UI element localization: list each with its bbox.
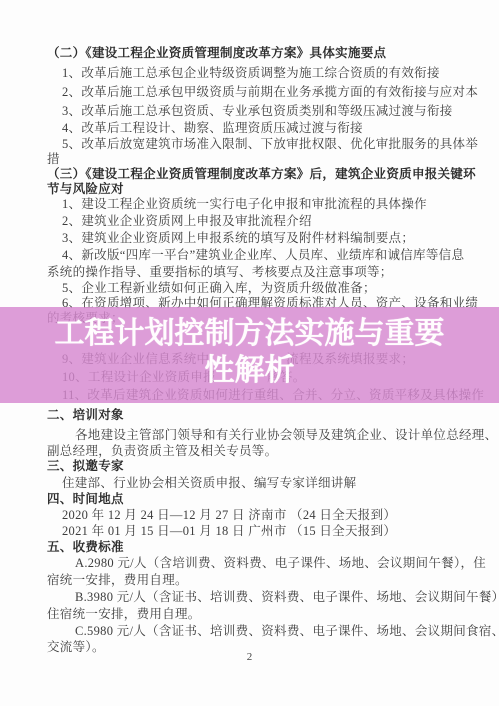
doc-line: 副总经理，负责资质主管及相关专员等。 (47, 444, 277, 459)
doc-line: 住宿统一安排，费用自理。 (47, 607, 201, 622)
doc-line: 二、培训对象 (47, 408, 124, 423)
overlay-title-line1: 工程计划控制方法实施与重要 (0, 315, 499, 352)
page-number: 2 (0, 651, 499, 663)
doc-line: （二）《建设工程企业资质管理制度改革方案》具体实施要点 (47, 46, 386, 61)
doc-line: A.2980 元/人（含培训费、资料费、电子课件、场地、会议期间午餐），住 (75, 556, 486, 571)
doc-line: 4、新改版“四库一平台”建筑业企业库、人员库、业绩库和诚信库等信息 (62, 248, 464, 263)
doc-line: 系统的操作指导、重要指标的填写、考核要点及注意事项等； (47, 265, 393, 280)
doc-line: 四、时间地点 (47, 492, 124, 507)
doc-line: （三）《建设工程企业资质管理制度改革方案》后，建筑企业资质申报关键环 (47, 167, 476, 182)
doc-line: 宿统一安排，费用自理。 (47, 573, 188, 588)
doc-line: 5、企业工程新业绩如何正确入库，为资质升级做准备； (62, 281, 376, 296)
doc-line: 1、改革后施工总承包企业特级资质调整为施工综合资质的有效衔接 (62, 66, 440, 81)
doc-line: 4、改革后工程设计、勘察、监理资质压减过渡与衔接 (62, 121, 363, 136)
overlay-title-line2: 性解析 (0, 352, 499, 389)
document-page: （二）《建设工程企业资质管理制度改革方案》具体实施要点1、改革后施工总承包企业特… (0, 0, 499, 706)
doc-line: 节与风险应对 (47, 182, 124, 197)
doc-line: C.5980 元/人（含证书、培训费、资料费、电子课件、场地、会议期间食宿、 (75, 624, 499, 639)
doc-line: 2、改革后施工总承包甲级资质与前期在业务承揽方面的有效衔接与应对本 (62, 85, 478, 100)
doc-line: 各地建设主管部门领导和有关行业协会领导及建筑企业、设计单位总经理、 (75, 428, 497, 443)
doc-line: 1、建设工程企业资质统一实行电子化申报和审批流程的具体操作 (62, 197, 427, 212)
doc-line: 三、拟邀专家 (47, 459, 124, 474)
doc-line: 2020 年 12 月 24 日—12 月 27 日 济南市 （24 日全天报到… (62, 508, 396, 523)
overlay-title: 工程计划控制方法实施与重要 性解析 (0, 315, 499, 389)
doc-line: 措 (47, 152, 60, 167)
doc-line: 3、改革后施工总承包资质、专业承包资质类别和等级压减过渡与衔接 (62, 104, 453, 119)
doc-line: 2、建筑业企业资质网上申报及审批流程介绍 (62, 214, 312, 229)
doc-line: 五、收费标准 (47, 540, 124, 555)
doc-line: 住建部、行业协会相关资质申报、编写专家详细讲解 (62, 476, 356, 491)
doc-line: 5、改革后放宽建筑市场准入限制、下放审批权限、优化审批服务的具体举 (62, 137, 478, 152)
doc-line: B.3980 元/人（含证书、培训费、资料费、电子课件、场地、会议期间午餐）， (75, 590, 499, 605)
doc-line: 2021 年 01 月 15 日—01 月 18 日 广州市 （15 日全天报到… (62, 524, 396, 539)
doc-line: 3、建筑业企业资质网上申报系统的填写及附件材料编制要点； (62, 231, 414, 246)
